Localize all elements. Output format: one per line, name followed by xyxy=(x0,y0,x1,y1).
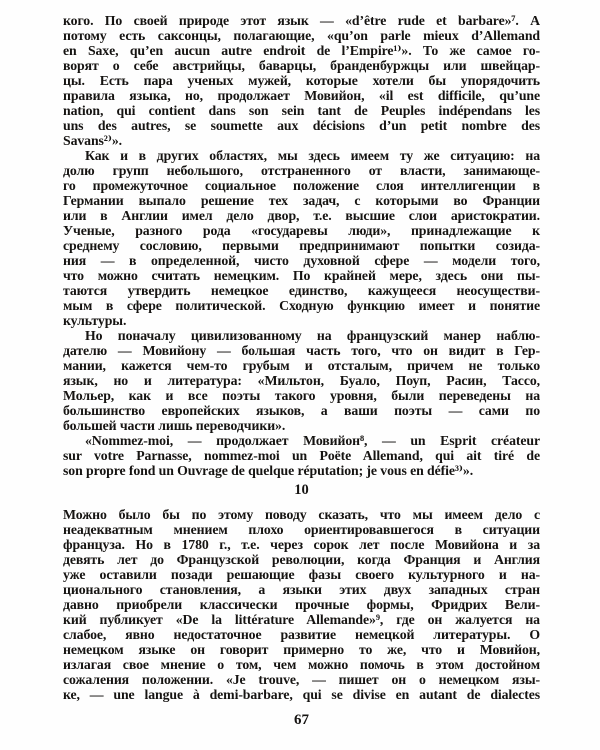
text-line: уже оставили позади решающие фазы своего… xyxy=(63,567,540,582)
page-text: кого. По своей природе этот язык — «d’êt… xyxy=(63,13,540,702)
text-line: Ученые, разного рода «государевы люди», … xyxy=(63,223,540,238)
text-line: давно приобрели классически прочные форм… xyxy=(63,597,540,612)
text-line: кий публикует «De la littérature Alleman… xyxy=(63,612,540,627)
section-heading: 10 xyxy=(63,483,540,498)
text-line: «Nommez-moi, — продолжает Мовийон⁸, — un… xyxy=(63,433,540,448)
text-line: son propre fond un Ouvrage de quelque ré… xyxy=(63,463,540,478)
text-line: ке, — une langue à demi-barbare, qui se … xyxy=(63,687,540,702)
text-line: немецком языке он говорит примерно то же… xyxy=(63,642,540,657)
text-line: потому есть саксонцы, полагающие, «qu’on… xyxy=(63,28,540,43)
text-line: ционального становления, а языки этих дв… xyxy=(63,582,540,597)
text-line: большей части лишь переводчики». xyxy=(63,418,540,433)
paragraph: Можно было бы по этому поводу сказать, ч… xyxy=(63,507,540,702)
text-line: дателю — Мовийону — большая часть того, … xyxy=(63,343,540,358)
text-line: что можно считать немецким. По крайней м… xyxy=(63,268,540,283)
paragraph: Как и в других областях, мы здесь имеем … xyxy=(63,148,540,328)
text-line: правила языка, но, продолжает Мовийон, «… xyxy=(63,88,540,103)
text-line: Как и в других областях, мы здесь имеем … xyxy=(63,148,540,163)
book-page: кого. По своей природе этот язык — «d’êt… xyxy=(0,0,600,750)
text-line: Можно было бы по этому поводу сказать, ч… xyxy=(63,507,540,522)
text-line: ния — в определенной, чисто духовной сфе… xyxy=(63,253,540,268)
text-line: sur votre Parnasse, nommez-moi un Poëte … xyxy=(63,448,540,463)
text-line: кого. По своей природе этот язык — «d’êt… xyxy=(63,13,540,28)
text-line: таются утвердить немецкое единство, кажу… xyxy=(63,283,540,298)
text-line: nation, qui contient dans son sein tant … xyxy=(63,103,540,118)
paragraph: Но поначалу цивилизованному на французск… xyxy=(63,328,540,433)
text-line: или в Англии имел дело двор, т.е. высшие… xyxy=(63,208,540,223)
text-line: го промежуточное социальное положение сл… xyxy=(63,178,540,193)
text-line: мым в сфере политической. Сходную функци… xyxy=(63,298,540,313)
text-line: француза. Но в 1780 г., т.е. через сорок… xyxy=(63,537,540,552)
text-line: большинство европейских языков, а ваши п… xyxy=(63,403,540,418)
text-line: Savans²⁾». xyxy=(63,133,540,148)
text-line: слабое, явно недостаточное развитие неме… xyxy=(63,627,540,642)
paragraph: «Nommez-moi, — продолжает Мовийон⁸, — un… xyxy=(63,433,540,478)
text-line: Мольер, как и все поэты такого уровня, б… xyxy=(63,388,540,403)
text-line: сожаления положении. «Je trouve, — пишет… xyxy=(63,672,540,687)
text-line: мании, кажется чем-то грубым и отсталым,… xyxy=(63,358,540,373)
text-line: девять лет до Французской революции, ког… xyxy=(63,552,540,567)
text-line: долю групп небольшого, отстраненного от … xyxy=(63,163,540,178)
text-line: среднему сословию, первыми предпринимают… xyxy=(63,238,540,253)
text-line: цы. Есть пара ученых мужей, которые хоте… xyxy=(63,73,540,88)
text-line: язык, но и литература: «Мильтон, Буало, … xyxy=(63,373,540,388)
text-line: излагая свое мнение о том, чем можно пом… xyxy=(63,657,540,672)
text-line: культуры. xyxy=(63,313,540,328)
text-line: неадекватным мнением плохо ориентировавш… xyxy=(63,522,540,537)
text-line: en Saxe, qu’en aucun autre endroit de l’… xyxy=(63,43,540,58)
text-line: ворят о себе австрийцы, баварцы, бранден… xyxy=(63,58,540,73)
page-number: 67 xyxy=(63,712,540,729)
text-line: uns des autres, se soumette aux décision… xyxy=(63,118,540,133)
text-line: Но поначалу цивилизованному на французск… xyxy=(63,328,540,343)
paragraph: кого. По своей природе этот язык — «d’êt… xyxy=(63,13,540,148)
text-line: Германии выпало решение тех задач, с кот… xyxy=(63,193,540,208)
